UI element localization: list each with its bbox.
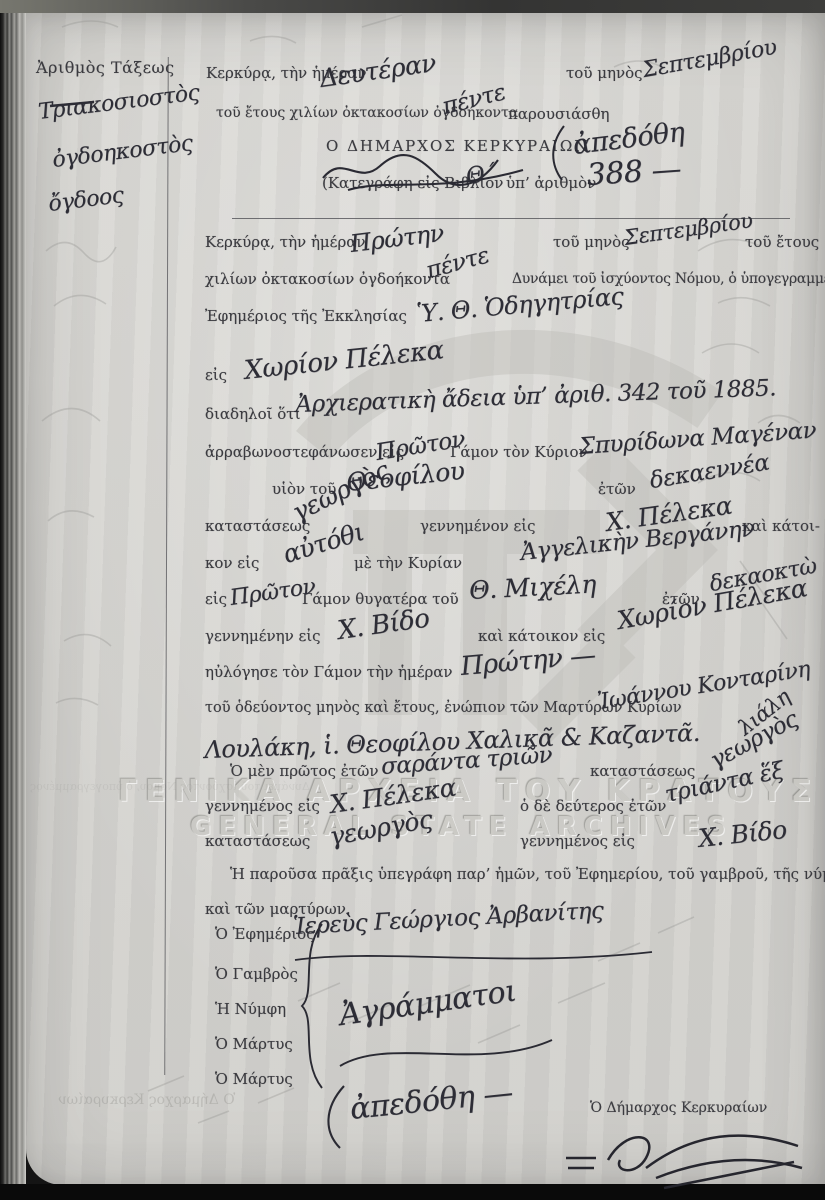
mayor-desk-signature <box>318 148 538 196</box>
act-month-label: τοῦ μηνὸς <box>553 233 630 251</box>
with-lady-label: μὲ τὴν Κυρίαν <box>354 554 462 572</box>
at-label: εἰς <box>205 366 227 384</box>
priest-signature-flourish <box>290 946 660 968</box>
groom-signature-label: Ὁ Γαμβρὸς <box>215 965 298 983</box>
group-signature-flourish <box>330 1032 560 1074</box>
groom-status-label: καταστάσεως <box>205 517 310 535</box>
order-number-label: Ἀριθμὸς Τάξεως <box>36 58 175 77</box>
bleedthrough-mirrored-word: Δυνάμει τοῦ ἰσχύοντος Νόμου, ὁ ὑπογεγραμ… <box>30 780 310 793</box>
w2-status-label: καταστάσεως <box>205 832 310 850</box>
mayor-bottom-signature <box>560 1112 810 1194</box>
scanned-register-page: ΓΕΝΙΚΑ ΑΡΧΕΙΑ ΤΟΥ ΚΡΑΤΟΥΣ GENERAL STATE … <box>0 0 825 1200</box>
signature-group-brace <box>292 920 326 1092</box>
book-binding-edge <box>0 0 26 1200</box>
order-number-stroke <box>48 98 98 110</box>
bottom-note-paren-stroke <box>318 1082 348 1152</box>
book-letter-handwritten: Θ΄ <box>464 160 497 190</box>
act-year-line: χιλίων ὀκτακοσίων ὀγδοήκοντα <box>205 270 450 288</box>
act-law-line: Δυνάμει τοῦ ἰσχύοντος Νόμου, ὁ ὑπογεγραμ… <box>512 271 825 287</box>
to-label: εἰς <box>205 590 227 608</box>
witness2-signature-label: Ὁ Μάρτυς <box>215 1070 293 1088</box>
bride-signature-label: Ἡ Νύμφη <box>215 1000 286 1018</box>
act-year-label: τοῦ ἔτους <box>745 233 819 251</box>
resident-label-b: κον εἰς <box>205 554 259 572</box>
first-witness-label: Ὁ μὲν πρῶτος ἐτῶν <box>230 762 378 780</box>
act-place-day-label: Κερκύρᾳ, τὴν ἡμέραν <box>205 233 366 251</box>
reg-month-label: τοῦ μηνὸς <box>566 64 643 82</box>
daughter-of-label: Γάμον θυγατέρα τοῦ <box>302 590 459 608</box>
groom-aged-label: ἐτῶν <box>598 480 636 498</box>
groom-label: Γάμον τὸν Κύριον <box>450 443 588 461</box>
declares-that-label: διαδηλοῖ ὅτι <box>205 405 300 423</box>
w1-born-label: γεννημένος εἰς <box>205 797 320 815</box>
bride-born-label: γεννημένην εἰς <box>205 627 321 645</box>
mayor-label-bleedthrough-mirrored: Ὁ Δήμαρχος Κερκυραίων <box>58 1092 235 1108</box>
record-number-handwritten: 388 — <box>586 152 683 193</box>
priest-of-church-label: Ἐφημέριος τῆς Ἐκκλησίας <box>205 307 407 325</box>
blessed-marriage-label: ηὐλόγησε τὸν Γάμον τὴν ἡμέραν <box>205 663 453 681</box>
w1-status-label: καταστάσεως <box>590 762 695 780</box>
reg-presented-label: παρουσιάσθη <box>508 105 609 123</box>
second-witness-label: ὁ δὲ δεύτερος ἐτῶν <box>520 797 666 815</box>
witness1-signature-label: Ὁ Μάρτυς <box>215 1035 293 1053</box>
groom-born-at-label: γεννημένον εἰς <box>420 517 536 535</box>
closing-line1: Ἡ παροῦσα πρᾶξις ὑπεγράφη παρ’ ἡμῶν, τοῦ… <box>230 865 825 883</box>
w2-born-label: γεννημένος εἰς <box>520 832 635 850</box>
mayor-margin-paren-stroke <box>546 122 568 184</box>
